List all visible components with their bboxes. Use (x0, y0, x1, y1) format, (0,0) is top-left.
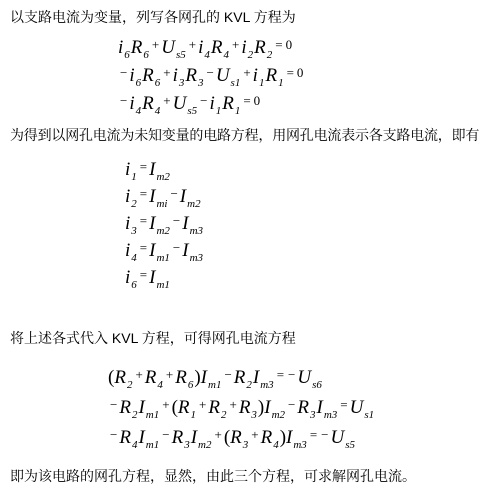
math-operator: − (288, 390, 295, 420)
math-subscript: 1 (191, 409, 197, 421)
math-operator: + (162, 390, 169, 420)
math-variable: Im1 (138, 397, 159, 418)
math-variable: R2 (119, 397, 137, 418)
math-operator: − (170, 180, 177, 207)
math-subscript: 3 (251, 409, 257, 421)
math-variable: R2 (234, 367, 252, 388)
math-subscript: m2 (156, 171, 169, 183)
math-subscript: 1 (235, 105, 241, 117)
math-variable: Im3 (253, 367, 274, 388)
math-subscript: m3 (260, 379, 273, 391)
math-subscript: 4 (132, 439, 138, 451)
math-subscript: s5 (187, 105, 197, 117)
math-variable: i3 (125, 213, 137, 234)
math-number: 0 (254, 87, 261, 115)
document-page: 以支路电流为变量，列写各网孔的 KVL 方程为 i6R6+Us5+i4R4+i2… (0, 0, 501, 485)
math-subscript: 1 (278, 77, 284, 89)
math-variable: Im2 (191, 427, 212, 448)
math-subscript: mi (156, 198, 167, 210)
math-variable: Imi (149, 186, 167, 207)
math-operator: − (120, 59, 127, 87)
equation-block-mesh-current: (R2+R4+R6)Im1−R2Im3=−Us6−R2Im1+(R1+R2+R3… (108, 363, 495, 453)
math-subscript: 3 (131, 225, 137, 237)
math-paren: ) (194, 367, 200, 388)
math-subscript: 4 (157, 379, 163, 391)
equation-line: i4=Im1−Im3 (125, 237, 495, 264)
math-subscript: m3 (190, 225, 203, 237)
math-subscript: 2 (132, 409, 138, 421)
math-subscript: m2 (187, 198, 200, 210)
math-subscript: m2 (272, 409, 285, 421)
math-subscript: 1 (216, 105, 222, 117)
math-subscript: s1 (231, 77, 241, 89)
math-variable: i1 (253, 65, 265, 86)
math-subscript: 3 (184, 439, 190, 451)
math-operator: + (135, 360, 142, 390)
math-subscript: 2 (221, 409, 227, 421)
math-variable: i6 (129, 65, 141, 86)
math-operator: + (243, 59, 250, 87)
math-variable: Im3 (286, 427, 307, 448)
math-variable: R6 (142, 65, 160, 86)
math-subscript: 6 (136, 77, 142, 89)
math-subscript: s1 (364, 409, 374, 421)
math-subscript: m3 (324, 409, 337, 421)
equation-line: (R2+R4+R6)Im1−R2Im3=−Us6 (108, 363, 495, 393)
math-subscript: 3 (179, 77, 185, 89)
equation-line: i3=Im2−Im3 (125, 210, 495, 237)
math-variable: R4 (142, 93, 160, 114)
math-operator: = (140, 261, 147, 288)
math-variable: R3 (239, 397, 257, 418)
math-variable: i1 (209, 93, 221, 114)
math-subscript: 3 (243, 439, 249, 451)
math-subscript: m1 (208, 379, 221, 391)
math-variable: Im2 (264, 397, 285, 418)
math-variable: Us5 (331, 427, 356, 448)
math-variable: i6 (118, 37, 130, 58)
math-operator: + (163, 59, 170, 87)
math-operator: + (163, 87, 170, 115)
math-variable: i4 (125, 240, 137, 261)
math-operator: = (310, 420, 317, 450)
math-subscript: 6 (131, 279, 137, 291)
math-operator: + (189, 31, 196, 59)
math-operator: = (140, 207, 147, 234)
math-subscript: 4 (131, 252, 137, 264)
math-operator: = (243, 87, 250, 115)
math-subscript: s5 (345, 439, 355, 451)
math-variable: R3 (185, 65, 203, 86)
math-operator: + (251, 420, 258, 450)
math-operator: − (200, 87, 207, 115)
math-variable: Im3 (316, 397, 337, 418)
equation-block-branch-kvl: i6R6+Us5+i4R4+i2R2=0−i6R6+i3R3−Us1+i1R1=… (118, 34, 495, 118)
equation-line: −i6R6+i3R3−Us1+i1R1=0 (118, 62, 495, 90)
math-variable: R3 (172, 427, 190, 448)
equation-line: −i4R4+Us5−i1R1=0 (118, 90, 495, 118)
math-subscript: 4 (273, 439, 279, 451)
math-variable: Im1 (201, 367, 222, 388)
math-subscript: 2 (267, 49, 273, 61)
math-operator: = (340, 390, 347, 420)
math-subscript: 6 (155, 77, 161, 89)
math-variable: i6 (125, 267, 137, 288)
math-subscript: 4 (155, 105, 161, 117)
math-operator: + (199, 390, 206, 420)
math-operator: + (166, 360, 173, 390)
math-variable: R2 (114, 367, 132, 388)
math-operator: = (140, 180, 147, 207)
math-variable: Im1 (149, 240, 170, 261)
math-operator: − (120, 87, 127, 115)
math-variable: i4 (129, 93, 141, 114)
math-operator: − (162, 420, 169, 450)
equation-line: −R2Im1+(R1+R2+R3)Im2−R3Im3=Us1 (108, 393, 495, 423)
math-subscript: 6 (188, 379, 194, 391)
math-variable: Im1 (138, 427, 159, 448)
math-operator: = (277, 360, 284, 390)
math-operator: − (110, 420, 117, 450)
math-variable: i2 (125, 186, 137, 207)
math-subscript: 4 (136, 105, 142, 117)
math-subscript: m2 (156, 225, 169, 237)
math-subscript: s6 (312, 379, 322, 391)
math-variable: i4 (198, 37, 210, 58)
equation-line: i6R6+Us5+i4R4+i2R2=0 (118, 34, 495, 62)
math-subscript: m3 (293, 439, 306, 451)
math-subscript: m1 (146, 439, 159, 451)
math-variable: i1 (125, 159, 137, 180)
math-operator: − (206, 59, 213, 87)
math-variable: Im3 (182, 213, 203, 234)
math-paren: ( (172, 397, 178, 418)
math-variable: R6 (175, 367, 193, 388)
math-subscript: m3 (190, 252, 203, 264)
math-variable: Im3 (182, 240, 203, 261)
math-operator: = (140, 153, 147, 180)
math-variable: Us1 (350, 397, 375, 418)
math-subscript: 6 (143, 49, 149, 61)
paragraph-mesh-substitution-intro: 为得到以网孔电流为未知变量的电路方程，用网孔电流表示各支路电流，即有 (10, 126, 495, 144)
math-variable: R1 (222, 93, 240, 114)
math-variable: R1 (265, 65, 283, 86)
paragraph-conclusion: 即为该电路的网孔方程，显然，由此三个方程，可求解网孔电流。 (10, 467, 495, 485)
math-variable: Im1 (149, 267, 170, 288)
math-subscript: 2 (127, 379, 133, 391)
math-subscript: 3 (310, 409, 316, 421)
math-variable: R1 (178, 397, 196, 418)
math-operator: + (214, 420, 221, 450)
equation-line: i2=Imi−Im2 (125, 183, 495, 210)
equation-line: −R4Im1−R3Im2+(R3+R4)Im3=−Us5 (108, 423, 495, 453)
math-subscript: m2 (198, 439, 211, 451)
math-operator: = (140, 234, 147, 261)
math-number: 0 (286, 31, 293, 59)
math-variable: i2 (241, 37, 253, 58)
math-subscript: m1 (156, 279, 169, 291)
math-operator: + (152, 31, 159, 59)
math-variable: R4 (119, 427, 137, 448)
math-operator: − (288, 360, 295, 390)
math-operator: + (229, 390, 236, 420)
math-operator: = (287, 59, 294, 87)
math-variable: R4 (211, 37, 229, 58)
math-subscript: 4 (223, 49, 229, 61)
math-operator: + (232, 31, 239, 59)
equation-line: i6=Im1 (125, 264, 495, 291)
math-subscript: 1 (131, 171, 137, 183)
math-variable: Im2 (180, 186, 201, 207)
math-subscript: 2 (131, 198, 137, 210)
math-variable: i3 (173, 65, 185, 86)
math-operator: − (224, 360, 231, 390)
math-operator: − (321, 420, 328, 450)
math-variable: R3 (230, 427, 248, 448)
paragraph-kvl-intro: 以支路电流为变量，列写各网孔的 KVL 方程为 (10, 8, 495, 26)
math-variable: Im2 (149, 213, 170, 234)
math-variable: R2 (208, 397, 226, 418)
math-subscript: m1 (146, 409, 159, 421)
math-variable: R6 (131, 37, 149, 58)
math-variable: Us5 (161, 37, 186, 58)
math-variable: R3 (297, 397, 315, 418)
paragraph-substitute-into-kvl: 将上述各式代入 KVL 方程，可得网孔电流方程 (10, 329, 495, 347)
math-variable: Us6 (297, 367, 322, 388)
math-number: 0 (297, 59, 304, 87)
equation-block-branch-to-mesh: i1=Im2i2=Imi−Im2i3=Im2−Im3i4=Im1−Im3i6=I… (125, 156, 495, 291)
math-variable: Us5 (173, 93, 198, 114)
equation-line: i1=Im2 (125, 156, 495, 183)
math-variable: R4 (261, 427, 279, 448)
math-variable: Us1 (216, 65, 241, 86)
math-operator: = (275, 31, 282, 59)
math-operator: − (173, 234, 180, 261)
math-subscript: m1 (156, 252, 169, 264)
math-operator: − (110, 390, 117, 420)
math-subscript: s5 (176, 49, 186, 61)
math-subscript: 2 (246, 379, 252, 391)
math-variable: R2 (254, 37, 272, 58)
math-variable: R4 (145, 367, 163, 388)
math-operator: − (173, 207, 180, 234)
math-variable: Im2 (149, 159, 170, 180)
